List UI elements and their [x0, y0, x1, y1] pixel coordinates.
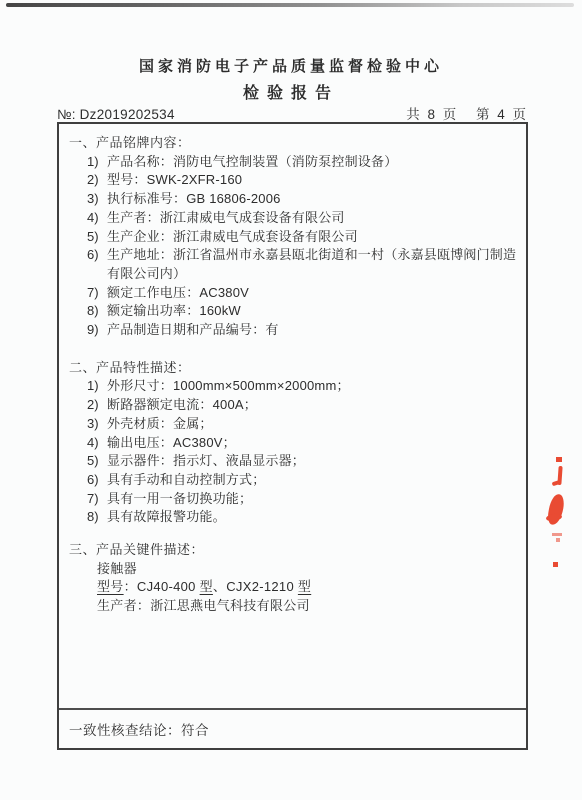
section-nameplate: 一、产品铭牌内容： 1)产品名称：消防电气控制装置（消防泵控制设备） 2)型号：…	[69, 134, 526, 340]
list-item: 2)型号：SWK-2XFR-160	[87, 171, 526, 190]
pagination: 共 8 页 第 4 页	[392, 103, 528, 123]
list-item: 8)额定输出功率：160kW	[87, 302, 526, 321]
key-component-model-line: 型号：CJ40-400 型、CJX2-1210 型	[97, 578, 526, 597]
key-component-producer: 生产者：浙江思燕电气科技有限公司	[97, 597, 526, 616]
list-item: 7)额定工作电压：AC380V	[87, 284, 526, 303]
key-component-name: 接触器	[97, 560, 526, 579]
list-item: 1)产品名称：消防电气控制装置（消防泵控制设备）	[87, 153, 526, 172]
list-item: 5)显示器件：指示灯、液晶显示器；	[87, 452, 526, 471]
report-number-label: №:	[57, 107, 76, 122]
red-seal-fragment	[556, 538, 560, 542]
scan-edge-shadow	[6, 3, 574, 7]
report-content-box: 一、产品铭牌内容： 1)产品名称：消防电气控制装置（消防泵控制设备） 2)型号：…	[57, 122, 528, 750]
report-number: №: Dz2019202534	[57, 107, 175, 122]
section-characteristics: 二、产品特性描述： 1)外形尺寸：1000mm×500mm×2000mm； 2)…	[69, 359, 526, 527]
list-item: 5)生产企业：浙江肃威电气成套设备有限公司	[87, 228, 526, 247]
list-item: 4)输出电压：AC380V；	[87, 434, 526, 453]
list-item: 3)执行标准号：GB 16806-2006	[87, 190, 526, 209]
list-item: 7)具有一用一备切换功能；	[87, 490, 526, 509]
current-page: 第 4 页	[476, 107, 528, 122]
red-seal-fragment	[552, 480, 562, 487]
section-key-components: 三、产品关键件描述： 接触器 型号：CJ40-400 型、CJX2-1210 型…	[69, 541, 526, 616]
report-number-value: Dz2019202534	[80, 107, 175, 122]
consistency-conclusion: 一致性核查结论：符合	[69, 719, 209, 739]
center-name: 国家消防电子产品质量监督检验中心	[0, 55, 582, 76]
section-heading: 三、产品关键件描述：	[69, 541, 526, 560]
list-item: 9)产品制造日期和产品编号：有	[87, 321, 526, 340]
red-seal-fragment	[552, 533, 562, 536]
red-seal-fragment	[553, 562, 558, 567]
list-item: 8)具有故障报警功能。	[87, 508, 526, 527]
scanned-report-page: { "header": { "center_name": "国家消防电子产品质量…	[0, 0, 582, 800]
consistency-conclusion-row: 一致性核查结论：符合	[59, 708, 526, 748]
list-item: 2)断路器额定电流：400A；	[87, 396, 526, 415]
report-title: 检验报告	[0, 80, 582, 103]
list-item: 6)生产地址：浙江省温州市永嘉县瓯北街道和一村（永嘉县瓯博阀门制造有限公司内）	[87, 246, 526, 283]
section-heading: 二、产品特性描述：	[69, 359, 526, 378]
report-number-row: №: Dz2019202534 共 8 页 第 4 页	[57, 103, 528, 123]
red-seal-fragment	[556, 457, 562, 462]
section-heading: 一、产品铭牌内容：	[69, 134, 526, 153]
list-item: 6)具有手动和自动控制方式；	[87, 471, 526, 490]
list-item: 1)外形尺寸：1000mm×500mm×2000mm；	[87, 377, 526, 396]
total-pages: 共 8 页	[406, 107, 458, 122]
list-item: 3)外壳材质：金属；	[87, 415, 526, 434]
report-content: 一、产品铭牌内容： 1)产品名称：消防电气控制装置（消防泵控制设备） 2)型号：…	[59, 124, 526, 616]
list-item: 4)生产者：浙江肃威电气成套设备有限公司	[87, 209, 526, 228]
red-seal-fragment	[546, 513, 563, 522]
